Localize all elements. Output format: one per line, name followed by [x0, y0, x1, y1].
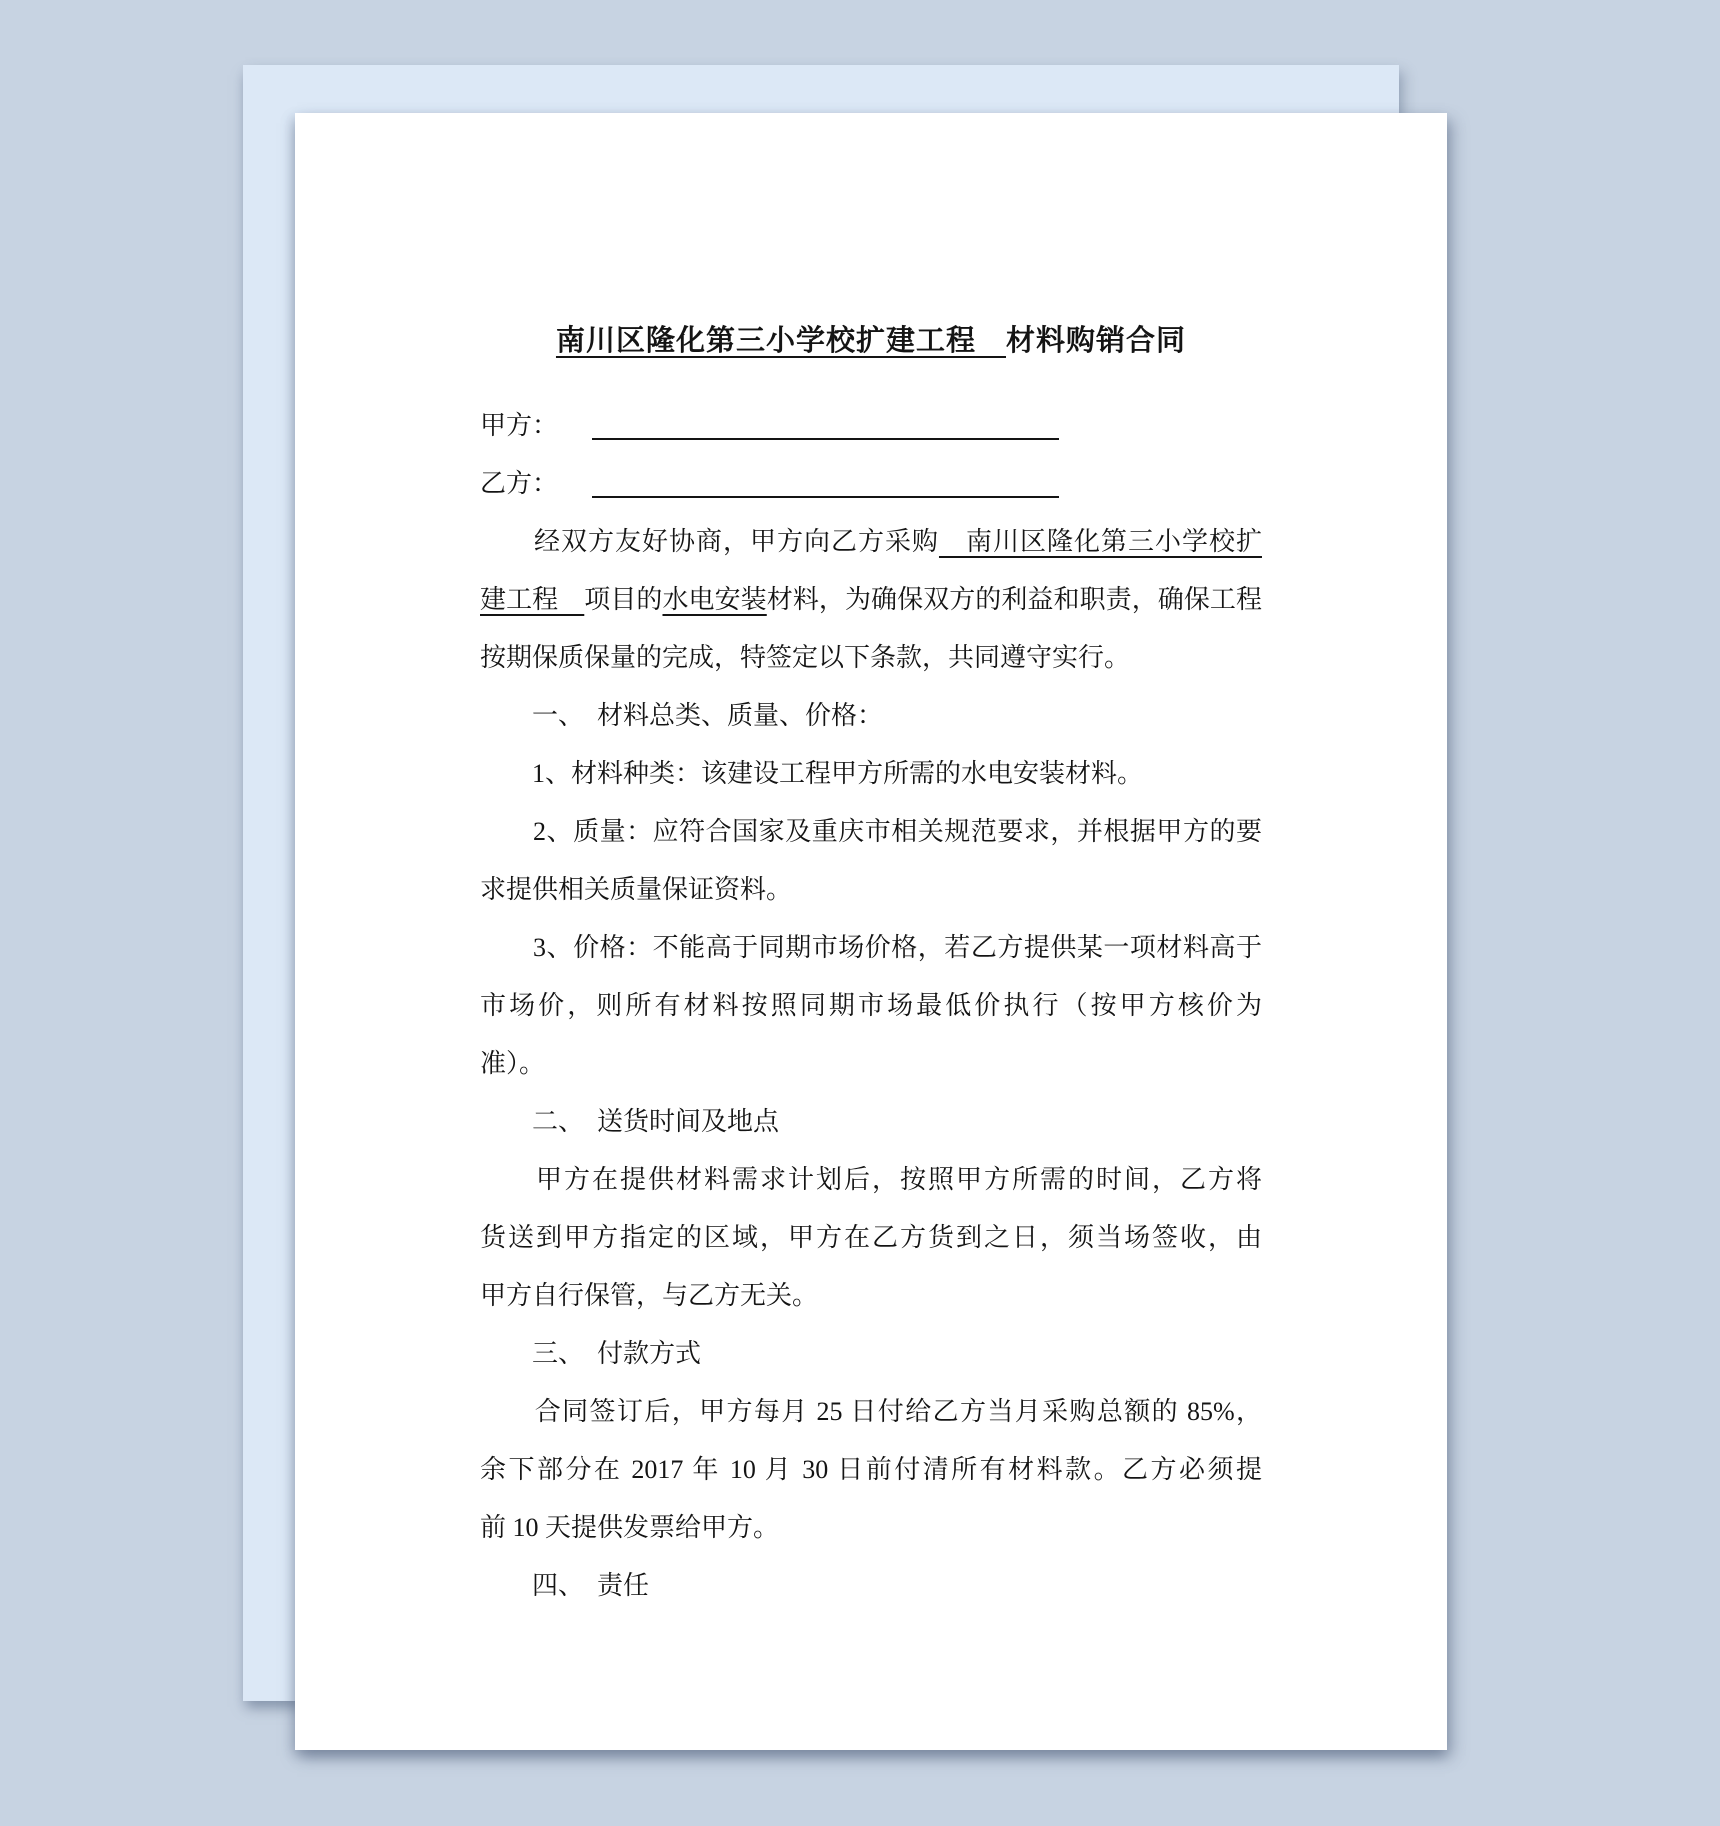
text-segment: 甲方自行保管，与乙方无关。 — [480, 1281, 818, 1310]
contract-line: 求提供相关质量保证资料。 — [480, 861, 1262, 919]
text-segment: 项目的 — [584, 585, 662, 614]
party-b-label: 乙方： — [480, 469, 558, 498]
document-title: 南川区隆化第三小学校扩建工程 材料购销合同 — [480, 312, 1262, 370]
contract-line: 经双方友好协商，甲方向乙方采购 南川区隆化第三小学校扩 — [480, 513, 1262, 571]
text-segment: 合同签订后，甲方每月 25 日付给乙方当月采购总额的 85%， — [480, 1397, 1262, 1426]
contract-line: 1、材料种类：该建设工程甲方所需的水电安装材料。 — [480, 745, 1262, 803]
contract-line: 一、 材料总类、质量、价格： — [480, 687, 1262, 745]
party-a-row: 甲方： — [480, 397, 1262, 455]
underlined-text: 水电安装 — [662, 585, 766, 614]
contract-line: 合同签订后，甲方每月 25 日付给乙方当月采购总额的 85%， — [480, 1383, 1262, 1441]
text-segment: 按期保质保量的完成，特签定以下条款，共同遵守实行。 — [480, 643, 1130, 672]
underlined-text: 南川区隆化第三小学校扩 — [939, 527, 1262, 556]
contract-line: 四、 责任 — [480, 1557, 1262, 1615]
contract-line: 建工程 项目的水电安装材料，为确保双方的利益和职责，确保工程 — [480, 571, 1262, 629]
text-segment: 经双方友好协商，甲方向乙方采购 — [480, 527, 939, 556]
underlined-text — [976, 325, 1006, 357]
contract-line: 甲方自行保管，与乙方无关。 — [480, 1267, 1262, 1325]
contract-line: 甲方在提供材料需求计划后，按照甲方所需的时间，乙方将 — [480, 1151, 1262, 1209]
text-segment: 前 10 天提供发票给甲方。 — [480, 1513, 779, 1542]
contract-line: 前 10 天提供发票给甲方。 — [480, 1499, 1262, 1557]
text-segment: 准）。 — [480, 1049, 545, 1078]
document-content: 南川区隆化第三小学校扩建工程 材料购销合同 甲方：乙方： 经双方友好协商，甲方向… — [480, 113, 1262, 1615]
party-a-label: 甲方： — [480, 411, 558, 440]
contract-line: 三、 付款方式 — [480, 1325, 1262, 1383]
contract-line: 按期保质保量的完成，特签定以下条款，共同遵守实行。 — [480, 629, 1262, 687]
text-segment: 货送到甲方指定的区域，甲方在乙方货到之日，须当场签收，由 — [480, 1223, 1262, 1252]
text-segment: 四、 责任 — [480, 1571, 649, 1600]
text-segment: 三、 付款方式 — [480, 1339, 701, 1368]
text-segment: 甲方在提供材料需求计划后，按照甲方所需的时间，乙方将 — [480, 1165, 1262, 1194]
party-b-row: 乙方： — [480, 455, 1262, 513]
text-segment: 求提供相关质量保证资料。 — [480, 875, 792, 904]
text-segment: 二、 送货时间及地点 — [480, 1107, 779, 1136]
text-segment: 材料，为确保双方的利益和职责，确保工程 — [767, 585, 1262, 614]
text-segment: 余下部分在 2017 年 10 月 30 日前付清所有材料款。乙方必须提 — [480, 1455, 1262, 1484]
contract-line: 3、价格：不能高于同期市场价格，若乙方提供某一项材料高于 — [480, 919, 1262, 977]
text-segment: 材料购销合同 — [1006, 325, 1186, 357]
contract-line: 余下部分在 2017 年 10 月 30 日前付清所有材料款。乙方必须提 — [480, 1441, 1262, 1499]
party-a-blank-line — [592, 397, 1059, 440]
text-segment: 1、材料种类：该建设工程甲方所需的水电安装材料。 — [480, 759, 1143, 788]
document-page: 南川区隆化第三小学校扩建工程 材料购销合同 甲方：乙方： 经双方友好协商，甲方向… — [295, 113, 1447, 1750]
text-segment: 市场价，则所有材料按照同期市场最低价执行（按甲方核价为 — [480, 991, 1262, 1020]
document-preview-background: 南川区隆化第三小学校扩建工程 材料购销合同 甲方：乙方： 经双方友好协商，甲方向… — [0, 0, 1720, 1826]
text-segment: 2、质量：应符合国家及重庆市相关规范要求，并根据甲方的要 — [480, 817, 1262, 846]
contract-line: 准）。 — [480, 1035, 1262, 1093]
text-segment: 一、 材料总类、质量、价格： — [480, 701, 883, 730]
contract-body: 经双方友好协商，甲方向乙方采购 南川区隆化第三小学校扩建工程 项目的水电安装材料… — [480, 513, 1262, 1615]
underlined-text: 建工程 — [480, 585, 584, 614]
underlined-text: 南川区隆化第三小学校扩建工程 — [556, 325, 976, 357]
party-b-blank-line — [592, 455, 1059, 498]
party-rows: 甲方：乙方： — [480, 397, 1262, 513]
contract-line: 货送到甲方指定的区域，甲方在乙方货到之日，须当场签收，由 — [480, 1209, 1262, 1267]
text-segment: 3、价格：不能高于同期市场价格，若乙方提供某一项材料高于 — [480, 933, 1262, 962]
contract-line: 二、 送货时间及地点 — [480, 1093, 1262, 1151]
contract-line: 市场价，则所有材料按照同期市场最低价执行（按甲方核价为 — [480, 977, 1262, 1035]
contract-line: 2、质量：应符合国家及重庆市相关规范要求，并根据甲方的要 — [480, 803, 1262, 861]
